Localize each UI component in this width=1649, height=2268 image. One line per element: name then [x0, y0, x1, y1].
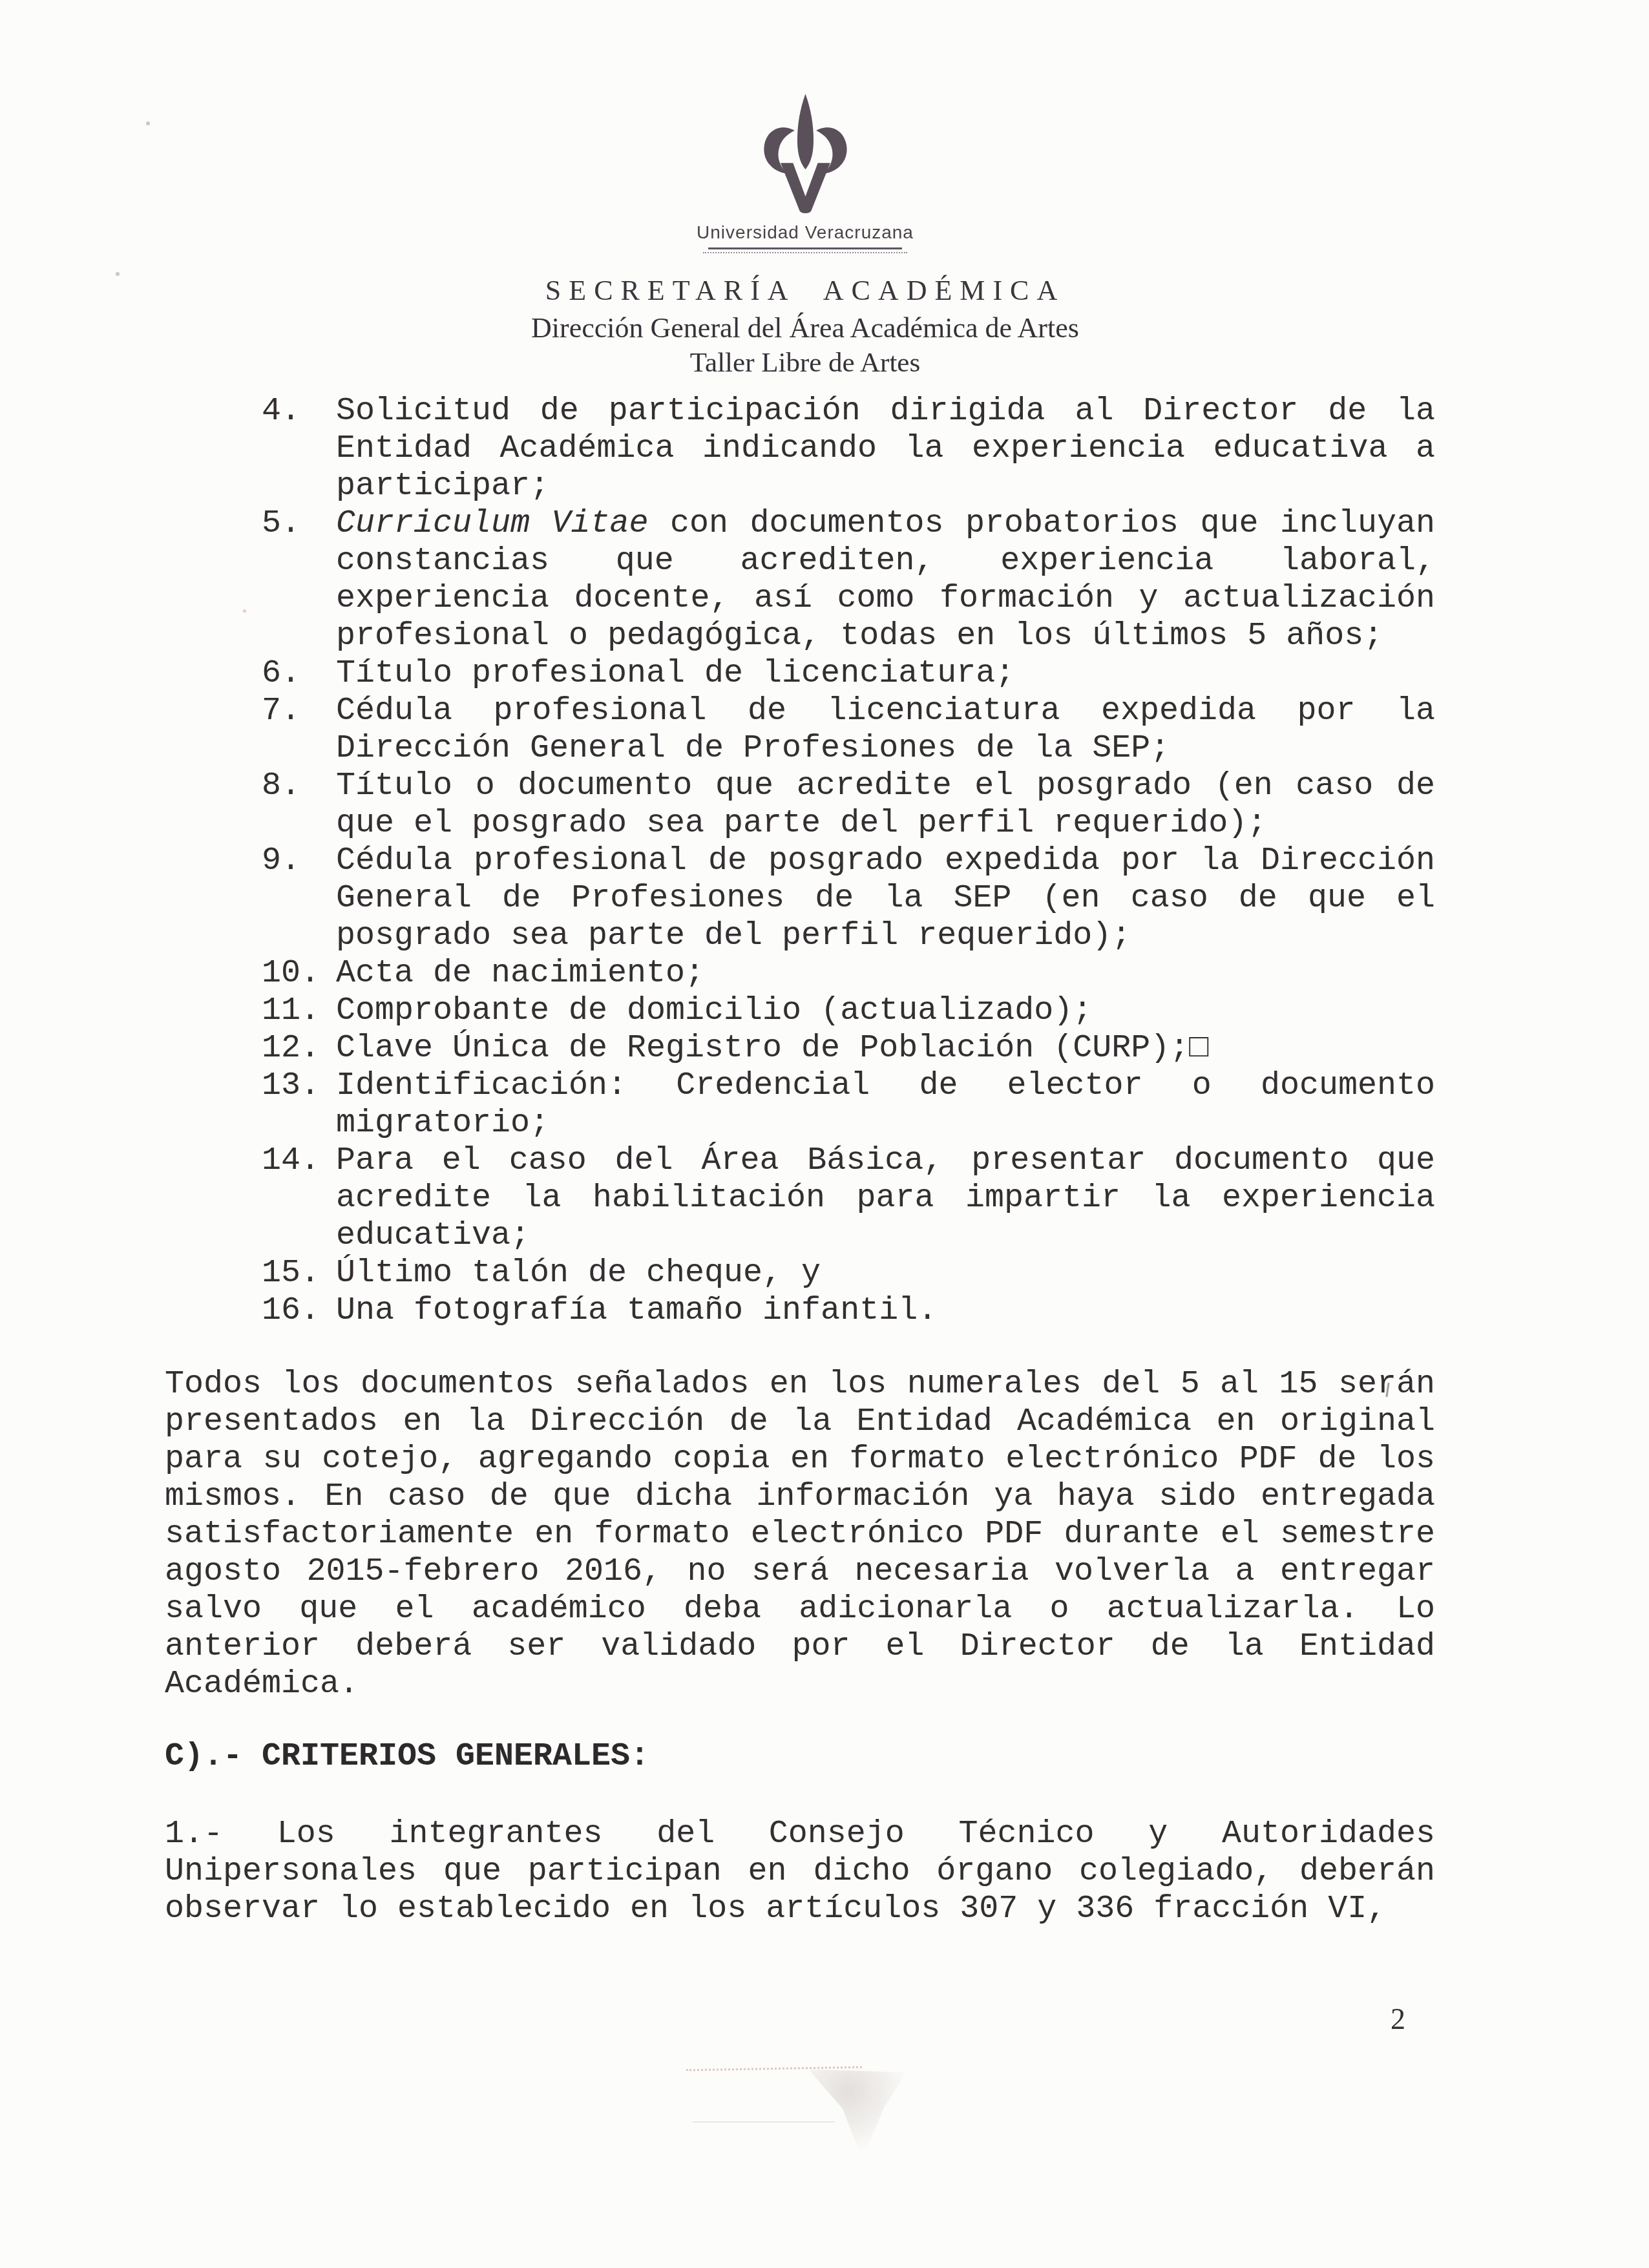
list-item-number: 11.	[262, 992, 336, 1030]
list-item: 13. Identificación: Credencial de electo…	[165, 1067, 1435, 1142]
list-item-text: Cédula profesional de posgrado expedida …	[336, 843, 1435, 955]
list-item: 12. Clave Única de Registro de Población…	[165, 1030, 1435, 1067]
logo-rule-solid	[708, 247, 902, 249]
secretariat-title: SECRETARÍA ACADÉMICA	[0, 275, 1610, 306]
list-item-number: 7.	[262, 693, 336, 768]
scan-artifact-smudge	[793, 2069, 916, 2159]
list-item-number: 14.	[262, 1142, 336, 1255]
universidad-veracruzana-logo	[751, 92, 859, 216]
page-number: 2	[1391, 2002, 1405, 2036]
list-item: 7. Cédula profesional de licenciatura ex…	[165, 693, 1435, 768]
list-item-number: 12.	[262, 1030, 336, 1067]
list-item-number: 4.	[262, 393, 336, 505]
list-item-number: 9.	[262, 843, 336, 955]
criteria-heading: C).- CRITERIOS GENERALES:	[165, 1738, 1435, 1776]
list-item-number: 16.	[262, 1292, 336, 1330]
list-item-text: Título profesional de licenciatura;	[336, 655, 1435, 693]
list-item-text: Curriculum Vitae con documentos probator…	[336, 505, 1435, 655]
curriculum-vitae-italic: Curriculum Vitae	[336, 505, 649, 542]
document-header: Universidad Veracruzana SECRETARÍA ACADÉ…	[0, 92, 1610, 378]
logo-caption: Universidad Veracruzana	[0, 222, 1610, 243]
list-item: 5. Curriculum Vitae con documentos proba…	[165, 505, 1435, 655]
list-item-text: Comprobante de domicilio (actualizado);	[336, 992, 1435, 1030]
list-item-number: 13.	[262, 1067, 336, 1142]
scan-artifact-faint-line	[693, 2121, 835, 2123]
list-item-text: Clave Única de Registro de Población (CU…	[336, 1030, 1435, 1067]
logo-wrap	[0, 92, 1610, 216]
list-item-text: Para el caso del Área Básica, presentar …	[336, 1142, 1435, 1255]
list-item-text: Último talón de cheque, y	[336, 1255, 1435, 1292]
logo-rule-dotted	[703, 252, 907, 253]
list-item-number: 8.	[262, 768, 336, 843]
requirements-list: 4. Solicitud de participación dirigida a…	[165, 393, 1435, 1330]
list-item: 9. Cédula profesional de posgrado expedi…	[165, 843, 1435, 955]
list-item-number: 15.	[262, 1255, 336, 1292]
list-item: 8. Título o documento que acredite el po…	[165, 768, 1435, 843]
list-item-text: Acta de nacimiento;	[336, 955, 1435, 992]
list-item: 14. Para el caso del Área Básica, presen…	[165, 1142, 1435, 1255]
list-item-number: 5.	[262, 505, 336, 655]
list-item: 4. Solicitud de participación dirigida a…	[165, 393, 1435, 505]
paragraph-criteria: 1.- Los integrantes del Consejo Técnico …	[165, 1816, 1435, 1928]
scan-artifact-dashed-line	[686, 2066, 862, 2072]
list-item-number: 10.	[262, 955, 336, 992]
paragraph-documents: Todos los documentos señalados en los nu…	[165, 1366, 1435, 1703]
document-page: Universidad Veracruzana SECRETARÍA ACADÉ…	[0, 0, 1649, 2268]
list-item-text: Identificación: Credencial de elector o …	[336, 1067, 1435, 1142]
list-item-number: 6.	[262, 655, 336, 693]
list-item: 15. Último talón de cheque, y	[165, 1255, 1435, 1292]
list-item: 10. Acta de nacimiento;	[165, 955, 1435, 992]
direction-line: Dirección General del Área Académica de …	[0, 312, 1610, 344]
list-item-text: Cédula profesional de licenciatura exped…	[336, 693, 1435, 768]
list-item-text: Una fotografía tamaño infantil.	[336, 1292, 1435, 1330]
list-item-text: Título o documento que acredite el posgr…	[336, 768, 1435, 843]
workshop-line: Taller Libre de Artes	[0, 348, 1610, 378]
list-item: 6. Título profesional de licenciatura;	[165, 655, 1435, 693]
list-item: 16. Una fotografía tamaño infantil.	[165, 1292, 1435, 1330]
document-body: 4. Solicitud de participación dirigida a…	[165, 393, 1435, 1928]
list-item: 11. Comprobante de domicilio (actualizad…	[165, 992, 1435, 1030]
list-item-text: Solicitud de participación dirigida al D…	[336, 393, 1435, 505]
